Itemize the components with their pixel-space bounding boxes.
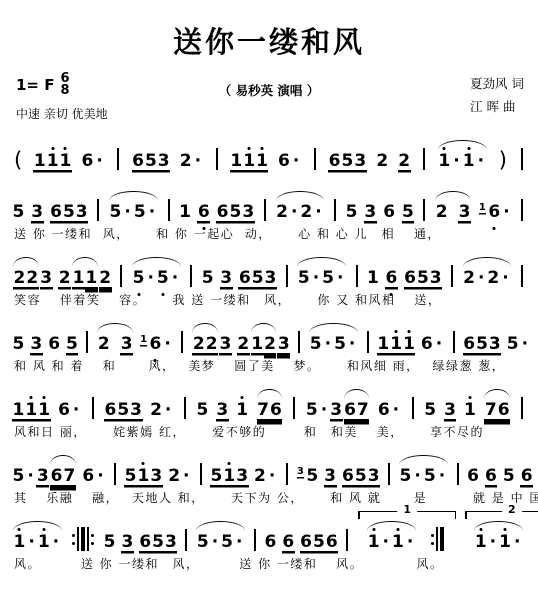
- note: 6: [50, 204, 63, 221]
- note: 1: [499, 534, 512, 551]
- barline: [346, 529, 348, 551]
- barline: [367, 331, 369, 353]
- note: 3: [31, 204, 44, 221]
- note: 1: [474, 534, 487, 551]
- duration-dot: ·: [503, 204, 509, 221]
- note: 1: [46, 153, 59, 170]
- note: 3: [236, 468, 249, 485]
- duration-dot: ·: [53, 534, 59, 551]
- tie-group: 12: [250, 336, 278, 353]
- note: 5: [109, 204, 122, 221]
- barline: [181, 331, 183, 353]
- tie-group: 5·5·: [308, 336, 359, 353]
- duration-dot: ·: [96, 153, 102, 170]
- tie-group: 67: [343, 402, 371, 419]
- barline: [117, 148, 119, 170]
- barline: [356, 265, 358, 287]
- duration-dot: ·: [27, 468, 33, 485]
- note: 3: [264, 270, 277, 287]
- note: 1: [390, 336, 403, 353]
- duration-dot: ·: [172, 270, 178, 287]
- note: 2: [99, 270, 112, 287]
- note: 6: [485, 468, 498, 485]
- note: 5: [506, 336, 519, 353]
- note: 6: [488, 204, 501, 221]
- note: 6: [139, 534, 152, 551]
- note: 6: [325, 534, 338, 551]
- note: 5: [12, 204, 25, 221]
- note: 6: [467, 468, 480, 485]
- note: 5: [424, 402, 437, 419]
- note: 3: [324, 468, 337, 485]
- note: 5: [313, 534, 326, 551]
- music-line-5: 1116·6532·531765·3676·53176: [12, 376, 526, 419]
- duration-dot: ·: [325, 336, 331, 353]
- volta-ending-2: 21·1·: [465, 511, 538, 551]
- note: 2: [58, 270, 71, 287]
- barline: [200, 463, 202, 485]
- note: 1: [236, 402, 249, 419]
- duration-dot: ·: [73, 402, 79, 419]
- note: 1: [59, 153, 72, 170]
- barline: [412, 397, 414, 419]
- note: 5: [502, 468, 515, 485]
- note: 5: [12, 468, 25, 485]
- tie-group: 22: [191, 336, 219, 353]
- note: 1: [377, 336, 390, 353]
- note: 3: [367, 468, 380, 485]
- music-line-7: 1·1·536535·5·6665611·1·21·1·: [12, 508, 526, 551]
- note: 3: [165, 534, 178, 551]
- note: 1: [13, 534, 26, 551]
- note: 1: [392, 534, 405, 551]
- barline: [457, 463, 459, 485]
- grace-note: 3: [297, 467, 304, 477]
- lyrics-line-1: [14, 174, 526, 176]
- score-line: 1·1·536535·5·6665611·1·21·1· 风。 送 你 一缕和 …: [12, 508, 526, 572]
- note: 5: [12, 336, 25, 353]
- performer-note: （ 易秒英 演唱 ）: [12, 81, 526, 99]
- note: 3: [30, 336, 43, 353]
- duration-dot: ·: [321, 402, 327, 419]
- note: 5: [297, 270, 310, 287]
- duration-dot: ·: [147, 270, 153, 287]
- lyrics-line-5: 风和日 丽， 姹紫嫣 红， 爱不够的 和 和美 美， 享不尽的: [14, 423, 526, 440]
- note: 5: [152, 534, 165, 551]
- note: 2: [205, 336, 218, 353]
- note: 3: [130, 402, 143, 419]
- note: 1: [251, 336, 264, 353]
- note: 1: [438, 153, 451, 170]
- tie-group: 5·5·: [398, 468, 449, 485]
- tie-group: 5·5·: [108, 204, 159, 221]
- duration-dot: ·: [478, 270, 484, 287]
- duration-dot: ·: [349, 336, 355, 353]
- note: 5: [221, 534, 234, 551]
- note: 6: [282, 534, 295, 551]
- barline: [185, 529, 187, 551]
- note: 6: [344, 402, 357, 419]
- note: 5: [423, 468, 436, 485]
- note: 1: [243, 153, 256, 170]
- barline: [264, 199, 266, 221]
- score-header: 1= F 6 8 中速 亲切 优美地 （ 易秒英 演唱 ） 夏劲风 词 江 晖 …: [12, 69, 526, 125]
- barline: [423, 148, 425, 170]
- note: 6: [81, 153, 94, 170]
- note: 6: [269, 402, 282, 419]
- note: 5: [210, 468, 223, 485]
- music-line-1: (1116·6532·1116·653221·1·): [12, 127, 526, 170]
- note: 5: [416, 270, 429, 287]
- barline: [184, 397, 186, 419]
- duration-dot: ·: [195, 153, 201, 170]
- note: 6: [377, 402, 390, 419]
- tie-group: 23: [434, 204, 472, 221]
- note: 1: [230, 153, 243, 170]
- note: 6: [50, 468, 63, 485]
- note: 3: [75, 204, 88, 221]
- duration-dot: ·: [315, 204, 321, 221]
- tie-group: 76: [256, 402, 284, 419]
- note: 1: [137, 468, 150, 485]
- duration-dot: ·: [490, 534, 496, 551]
- note: 6: [149, 336, 162, 353]
- duration-dot: ·: [124, 204, 130, 221]
- music-line-4: 53652316·22321235·5·1116·6535·: [12, 310, 526, 353]
- barline: [314, 148, 316, 170]
- note: 1: [179, 204, 192, 221]
- note: 3: [354, 153, 367, 170]
- note: 3: [242, 204, 255, 221]
- lyrics-line-4: 和 风 和 着 和 风， 美梦 圆了美 梦。 和风细 雨， 绿绿葱 葱，: [14, 357, 526, 374]
- duration-dot: ·: [164, 336, 170, 353]
- note: 1: [256, 153, 269, 170]
- note: 6: [497, 402, 510, 419]
- tie-group: 76: [483, 402, 511, 419]
- barline: [216, 148, 218, 170]
- note: 3: [364, 204, 377, 221]
- duration-dot: ·: [269, 468, 275, 485]
- note: 5: [402, 204, 415, 221]
- note: 1: [85, 270, 98, 287]
- duration-dot: ·: [393, 402, 399, 419]
- note: 2: [97, 336, 110, 353]
- note: 3: [150, 468, 163, 485]
- barline: [293, 397, 295, 419]
- note: 2: [179, 153, 192, 170]
- note: 1: [367, 534, 380, 551]
- note: 7: [484, 402, 497, 419]
- music-line-3: 22321125·5·536535·5·166532·2·: [12, 244, 526, 287]
- duration-dot: ·: [522, 336, 528, 353]
- note: 6: [404, 270, 417, 287]
- duration-dot: ·: [236, 534, 242, 551]
- note: 2: [254, 468, 267, 485]
- barline: [388, 463, 390, 485]
- note: 7: [257, 402, 270, 419]
- lyrics-line-6: 其 乐融 融， 天地人 和， 天下为 公， 和 风 就 是 就 是 中 国: [14, 489, 526, 506]
- note: 3: [220, 270, 233, 287]
- note: 3: [277, 336, 290, 353]
- note: 5: [156, 270, 169, 287]
- duration-dot: ·: [502, 270, 508, 287]
- barline: [521, 199, 523, 221]
- note: 6: [420, 336, 433, 353]
- note: 2: [300, 204, 313, 221]
- note: 5: [132, 270, 145, 287]
- barline: [97, 199, 99, 221]
- note: 3: [219, 336, 232, 353]
- score-line: 53652316·22321235·5·1116·6535· 和 风 和 着 和…: [12, 310, 526, 374]
- note: 5: [144, 153, 157, 170]
- sheet-music-page: 送你一缕和风 1= F 6 8 中速 亲切 优美地 （ 易秒英 演唱 ） 夏劲风…: [0, 0, 538, 596]
- duration-dot: ·: [313, 270, 319, 287]
- note: 2: [237, 336, 250, 353]
- note: 2: [487, 270, 500, 287]
- repeat-both-sign: [72, 527, 95, 551]
- score-line: (1116·6532·1116·653221·1·): [12, 127, 526, 176]
- note: 6: [132, 153, 145, 170]
- lyricist-credit: 夏劲风 词: [470, 73, 524, 96]
- note: 5: [201, 270, 214, 287]
- note: 2: [150, 402, 163, 419]
- barline: [334, 199, 336, 221]
- note: 3: [157, 153, 170, 170]
- duration-dot: ·: [293, 153, 299, 170]
- phrase-paren: ): [499, 151, 507, 170]
- note: 5: [196, 534, 209, 551]
- duration-dot: ·: [436, 336, 442, 353]
- note: 5: [117, 402, 130, 419]
- duration-dot: ·: [414, 468, 420, 485]
- barline: [286, 463, 288, 485]
- barline: [521, 265, 523, 287]
- duration-dot: ·: [337, 270, 343, 287]
- lyrics-line-7: 风。 送 你 一缕和 风， 送 你 一缕和 风。 风。: [14, 555, 526, 572]
- note: 5: [103, 534, 116, 551]
- note: 6: [383, 204, 396, 221]
- credits: 夏劲风 词 江 晖 曲: [470, 73, 524, 118]
- note: 7: [356, 402, 369, 419]
- note: 3: [121, 534, 134, 551]
- lyrics-line-2: 送 你 一缕和 风， 和 你 一起心 动， 心 和 心 儿 相 通，: [14, 225, 526, 242]
- note: 3: [429, 270, 442, 287]
- barline: [453, 331, 455, 353]
- duration-dot: ·: [439, 468, 445, 485]
- note: 5: [229, 204, 242, 221]
- duration-dot: ·: [165, 402, 171, 419]
- duration-dot: ·: [453, 153, 459, 170]
- tie-group: 5·5·: [131, 270, 182, 287]
- ending-number: 2: [502, 504, 522, 515]
- note: 5: [399, 468, 412, 485]
- duration-dot: ·: [514, 534, 520, 551]
- music-line-6: 5·3676·5132·5132·3536535·5·6656: [12, 442, 526, 485]
- barline: [114, 463, 116, 485]
- tempo-marking: 中速 亲切 优美地: [16, 105, 108, 122]
- score-line: 1116·6532·531765·3676·53176 风和日 丽， 姹紫嫣 红…: [12, 376, 526, 440]
- barline: [298, 331, 300, 353]
- note: 5: [345, 204, 358, 221]
- note: 5: [354, 468, 367, 485]
- note: 6: [58, 402, 71, 419]
- note: 6: [342, 468, 355, 485]
- tie-group: 5·5·: [195, 534, 246, 551]
- barline: [254, 529, 256, 551]
- note: 2: [435, 204, 448, 221]
- note: 3: [458, 204, 471, 221]
- note: 6: [328, 153, 341, 170]
- note: 2: [463, 270, 476, 287]
- note: 6: [520, 468, 533, 485]
- note: 3: [36, 468, 49, 485]
- note: 1: [403, 336, 416, 353]
- note: 6: [104, 402, 117, 419]
- note: 2: [264, 336, 277, 353]
- note: 5: [196, 402, 209, 419]
- tie-group: 1·1·: [366, 534, 417, 551]
- tie-group: 11: [71, 270, 99, 287]
- ending-number: 1: [397, 504, 417, 515]
- note: 5: [322, 270, 335, 287]
- note: 2: [192, 336, 205, 353]
- note: 6: [82, 468, 95, 485]
- note: 6: [385, 270, 398, 287]
- note: 2: [376, 153, 389, 170]
- note: 2: [26, 270, 39, 287]
- note: 7: [63, 468, 76, 485]
- tie-group: 5·5·: [296, 270, 347, 287]
- barline: [86, 331, 88, 353]
- barline: [286, 265, 288, 287]
- note: 5: [306, 468, 319, 485]
- tie-group: 23: [96, 336, 134, 353]
- tie-group: 1·1·: [12, 534, 63, 551]
- note: 6: [238, 270, 251, 287]
- repeat-end-sign: [431, 527, 445, 551]
- note: 5: [476, 336, 489, 353]
- note: 2: [168, 468, 181, 485]
- duration-dot: ·: [28, 534, 34, 551]
- note: 2: [398, 153, 411, 170]
- note: 3: [216, 402, 229, 419]
- note: 1: [38, 402, 51, 419]
- duration-dot: ·: [291, 204, 297, 221]
- note: 1: [37, 534, 50, 551]
- tie-group: 1·1·: [473, 534, 524, 551]
- note: 3: [488, 336, 501, 353]
- note: 5: [124, 468, 137, 485]
- barline: [120, 265, 122, 287]
- duration-dot: ·: [183, 468, 189, 485]
- duration-dot: ·: [149, 204, 155, 221]
- note: 1: [366, 270, 379, 287]
- note: 6: [216, 204, 229, 221]
- composer-credit: 江 晖 曲: [470, 96, 524, 119]
- note: 1: [464, 402, 477, 419]
- note: 6: [48, 336, 61, 353]
- barline: [521, 148, 523, 170]
- note: 5: [305, 402, 318, 419]
- note: 1: [12, 402, 25, 419]
- duration-dot: ·: [383, 534, 389, 551]
- note: 6: [300, 534, 313, 551]
- duration-dot: ·: [212, 534, 218, 551]
- barline: [451, 265, 453, 287]
- note: 1: [72, 270, 85, 287]
- note: 5: [251, 270, 264, 287]
- score-line: 536535·5·166532·2·53652316· 送 你 一缕和 风， 和…: [12, 178, 526, 242]
- music-line-2: 536535·5·166532·2·53652316·: [12, 178, 526, 221]
- note: 1: [462, 153, 475, 170]
- note: 6: [264, 534, 277, 551]
- note: 1: [25, 402, 38, 419]
- duration-dot: ·: [407, 534, 413, 551]
- note: 5: [334, 336, 347, 353]
- duration-dot: ·: [97, 468, 103, 485]
- tie-group: 2·2·: [275, 204, 326, 221]
- lyrics-line-3: 笑容 伴着笑 容。 我 送 一缕和 风， 你 又 和风相 送，: [14, 291, 526, 308]
- tie-group: 2·2·: [462, 270, 513, 287]
- tie-group: 22: [12, 270, 40, 287]
- grace-note: 1: [479, 203, 486, 213]
- note: 3: [120, 336, 133, 353]
- note: 3: [444, 402, 457, 419]
- note: 3: [40, 270, 53, 287]
- note: 5: [66, 336, 79, 353]
- note: 5: [133, 204, 146, 221]
- barline: [190, 265, 192, 287]
- note: 6: [278, 153, 291, 170]
- volta-ending-1: 11·1·: [358, 511, 456, 551]
- score-line: 22321125·5·536535·5·166532·2· 笑容 伴着笑 容。 …: [12, 244, 526, 308]
- score-body: (1116·6532·1116·653221·1·) 536535·5·1665…: [12, 127, 526, 572]
- note: 2: [276, 204, 289, 221]
- note: 6: [197, 204, 210, 221]
- note: 5: [62, 204, 75, 221]
- note: 5: [341, 153, 354, 170]
- barline: [521, 397, 523, 419]
- barline: [92, 397, 94, 419]
- grace-note: 1: [140, 335, 147, 345]
- note: 1: [33, 153, 46, 170]
- tie-group: 1·1·: [437, 153, 488, 170]
- barline: [168, 199, 170, 221]
- tie-group: 67: [49, 468, 77, 485]
- barline: [423, 199, 425, 221]
- song-title: 送你一缕和风: [12, 20, 526, 61]
- note: 5: [309, 336, 322, 353]
- score-line: 5·3676·5132·5132·3536535·5·6656 其 乐融 融， …: [12, 442, 526, 506]
- note: 3: [330, 402, 343, 419]
- phrase-paren: (: [14, 151, 22, 170]
- duration-dot: ·: [478, 153, 484, 170]
- note: 6: [463, 336, 476, 353]
- note: 2: [13, 270, 26, 287]
- note: 1: [223, 468, 236, 485]
